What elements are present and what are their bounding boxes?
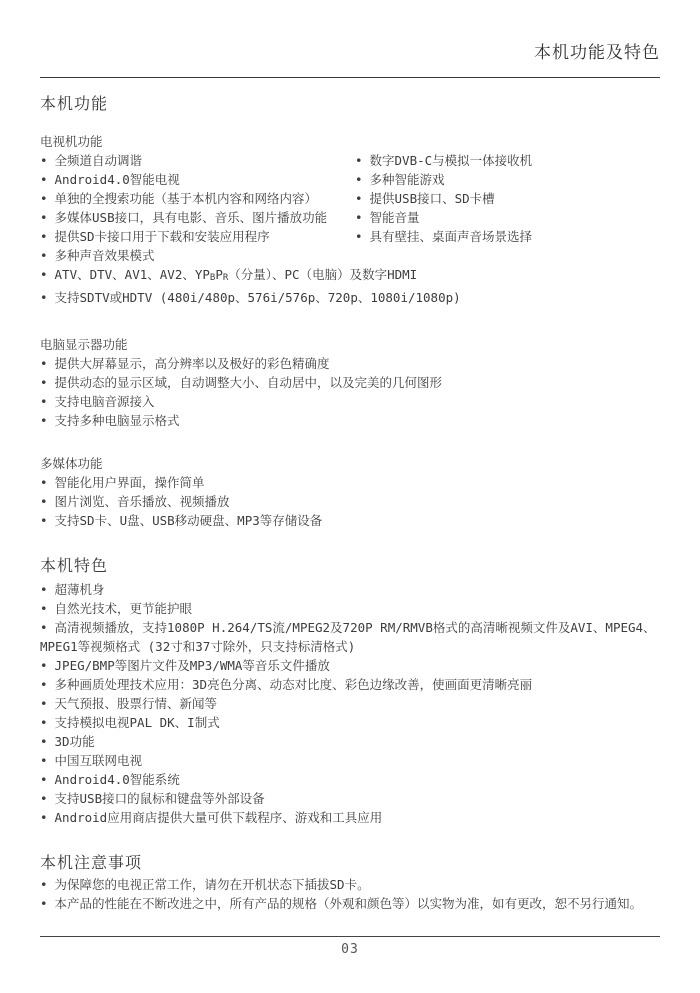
list-item: 提供SD卡接口用于下载和安装应用程序 <box>40 227 660 246</box>
subsection-title-monitor: 电脑显示器功能 <box>40 335 660 354</box>
list-item: 图片浏览、音乐播放、视频播放 <box>40 492 660 511</box>
subsection-title-multimedia: 多媒体功能 <box>40 454 660 473</box>
list-item: 超薄机身 <box>40 580 660 599</box>
list-item: 单独的全搜索功能（基于本机内容和网络内容） <box>40 189 660 208</box>
list-item: 智能化用户界面，操作简单 <box>40 473 660 492</box>
list-item: Android应用商店提供大量可供下载程序、游戏和工具应用 <box>40 808 660 827</box>
list-item: 数字DVB-C与模拟一体接收机 <box>355 151 532 170</box>
list-item: 自然光技术，更节能护眼 <box>40 599 660 618</box>
list-item: 中国互联网电视 <box>40 751 660 770</box>
list-item: 天气预报、股票行情、新闻等 <box>40 694 660 713</box>
features-list: 超薄机身 自然光技术，更节能护眼 高清视频播放，支持1080P H.264/TS… <box>40 580 660 827</box>
list-item: Android4.0智能电视 <box>40 170 660 189</box>
page-header-title: 本机功能及特色 <box>40 0 660 64</box>
av-line-part: ATV、DTV、AV1、AV2、YP <box>55 267 210 282</box>
list-item: 支持多种电脑显示格式 <box>40 411 660 430</box>
list-item: JPEG/BMP等图片文件及MP3/WMA等音乐文件播放 <box>40 656 660 675</box>
tv-features-columns: 全频道自动调谐 Android4.0智能电视 单独的全搜索功能（基于本机内容和网… <box>40 151 660 307</box>
list-item: 提供USB接口、SD卡槽 <box>355 189 532 208</box>
list-item: Android4.0智能系统 <box>40 770 660 789</box>
av-line-part: （分量）、PC（电脑）及数字HDMI <box>228 267 417 282</box>
notices-list: 为保障您的电视正常工作，请勿在开机状态下插拔SD卡。 本产品的性能在不断改进之中… <box>40 875 660 913</box>
list-item: 支持电脑音源接入 <box>40 392 660 411</box>
list-item: 支持SD卡、U盘、USB移动硬盘、MP3等存储设备 <box>40 511 660 530</box>
list-item: ATV、DTV、AV1、AV2、YPBPR（分量）、PC（电脑）及数字HDMI <box>40 265 660 288</box>
list-item: 多种画质处理技术应用：3D亮色分离、动态对比度、彩色边缘改善，使画面更清晰亮丽 <box>40 675 660 694</box>
av-line-part: P <box>215 267 223 282</box>
list-item: 支持模拟电视PAL DK、I制式 <box>40 713 660 732</box>
list-item: 提供动态的显示区域，自动调整大小、自动居中，以及完美的几何图形 <box>40 373 660 392</box>
monitor-features-list: 提供大屏幕显示，高分辨率以及极好的彩色精确度 提供动态的显示区域，自动调整大小、… <box>40 354 660 430</box>
list-item: 高清视频播放，支持1080P H.264/TS流/MPEG2及720P RM/R… <box>40 618 660 656</box>
multimedia-features-list: 智能化用户界面，操作简单 图片浏览、音乐播放、视频播放 支持SD卡、U盘、USB… <box>40 473 660 530</box>
list-item: 全频道自动调谐 <box>40 151 660 170</box>
list-item: 多种智能游戏 <box>355 170 532 189</box>
section-title-functions: 本机功能 <box>40 94 660 114</box>
list-item: 具有壁挂、桌面声音场景选择 <box>355 227 532 246</box>
manual-page: 本机功能及特色 本机功能 电视机功能 全频道自动调谐 Android4.0智能电… <box>0 0 700 913</box>
list-item: 智能音量 <box>355 208 532 227</box>
list-item: 支持SDTV或HDTV (480i/480p、576i/576p、720p、10… <box>40 288 660 307</box>
list-item: 多种声音效果模式 <box>40 246 660 265</box>
tv-features-left-list: 全频道自动调谐 Android4.0智能电视 单独的全搜索功能（基于本机内容和网… <box>40 151 660 307</box>
list-item: 多媒体USB接口，具有电影、音乐、图片播放功能 <box>40 208 660 227</box>
section-title-features: 本机特色 <box>40 556 660 576</box>
section-title-notices: 本机注意事项 <box>40 853 660 873</box>
subsection-title-tv: 电视机功能 <box>40 132 660 151</box>
tv-features-right-list: 数字DVB-C与模拟一体接收机 多种智能游戏 提供USB接口、SD卡槽 智能音量… <box>355 151 532 246</box>
list-item: 本产品的性能在不断改进之中，所有产品的规格（外观和颜色等）以实物为准，如有更改，… <box>40 894 660 913</box>
page-number: 03 <box>40 942 660 957</box>
list-item: 3D功能 <box>40 732 660 751</box>
header-divider <box>40 77 660 78</box>
list-item: 提供大屏幕显示，高分辨率以及极好的彩色精确度 <box>40 354 660 373</box>
list-item: 支持USB接口的鼠标和键盘等外部设备 <box>40 789 660 808</box>
list-item: 为保障您的电视正常工作，请勿在开机状态下插拔SD卡。 <box>40 875 660 894</box>
